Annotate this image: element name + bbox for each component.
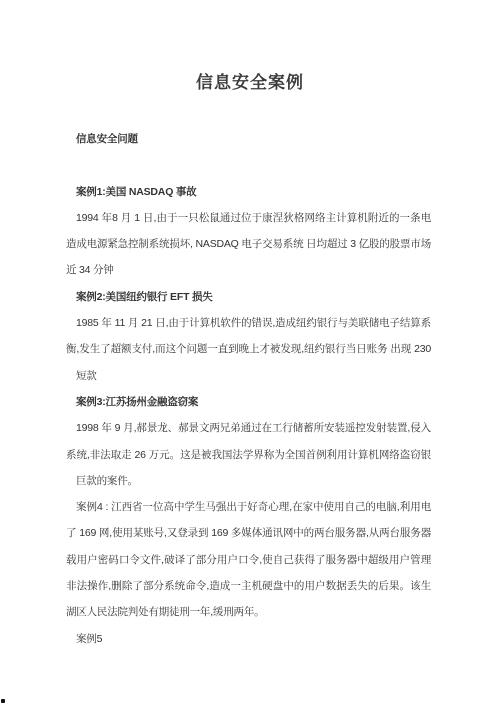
case4-text-line: 案例4 : 江西省一位高中学生马强出于好奇心理,在家中使用自己的电脑,利用电话拨…: [66, 494, 431, 520]
case4-text-line: 载用户密码口令文件,破译了部分用户口令,使自己获得了服务器中超级用户管理权限,进…: [66, 547, 431, 573]
case4-text-line: 了 169 网,使用某账号,又登录到 169 多媒体通讯网中的两台服务器,从两台…: [66, 520, 431, 546]
document-page: 信息安全案例 信息安全问题 案例1:美国 NASDAQ 事故 1994 年8 月…: [0, 0, 500, 707]
case3-heading: 案例3:江苏扬州金融盗窃案: [66, 389, 431, 415]
case4-text-line: 非法操作,删除了部分系统命令,造成一主机硬盘中的用户数据丢失的后果。该生被南昌市…: [66, 573, 431, 599]
case3-text-line: 巨款的案件。: [66, 468, 431, 494]
case3-text-line: 1998 年 9 月,郝景龙、郝景文两兄弟通过在工行储蓄所安装遥控发射装置,侵入…: [66, 415, 431, 441]
case2-text-line: 衡,发生了超额支付,而这个问题一直到晚上才被发现,纽约银行当日账务 出现 230…: [66, 336, 431, 362]
case5-heading: 案例5: [66, 626, 431, 652]
case3-text-line: 系统,非法取走 26 万元。这是被我国法学界称为全国首例利用计算机网络盗窃银行: [66, 442, 431, 468]
case2-text-line: 1985 年 11 月 21 日,由于计算机软件的错误,造成纽约银行与美联储电子…: [66, 310, 431, 336]
section-heading: 信息安全问题: [66, 126, 431, 152]
case4-text-line: 湖区人民法院判处有期徒刑一年,缓刑两年。: [66, 599, 431, 625]
case1-text-line: 近 34 分钟: [66, 257, 431, 283]
case1-text-line: 1994 年8 月 1 日,由于一只松鼠通过位于康涅狄格网络主计算机附近的一条电…: [66, 205, 431, 231]
case1-heading: 案例1:美国 NASDAQ 事故: [66, 179, 431, 205]
case2-text-line: 短款: [66, 363, 431, 389]
document-body: 信息安全问题 案例1:美国 NASDAQ 事故 1994 年8 月 1 日,由于…: [66, 126, 431, 652]
case1-text-line: 造成电源紧急控制系统损坏, NASDAQ 电子交易系统 日均超过 3 亿股的股票…: [66, 231, 431, 257]
document-title: 信息安全案例: [0, 68, 500, 93]
scan-artifact-dot: [1, 699, 5, 703]
case2-heading: 案例2:美国纽约银行 EFT 损失: [66, 284, 431, 310]
